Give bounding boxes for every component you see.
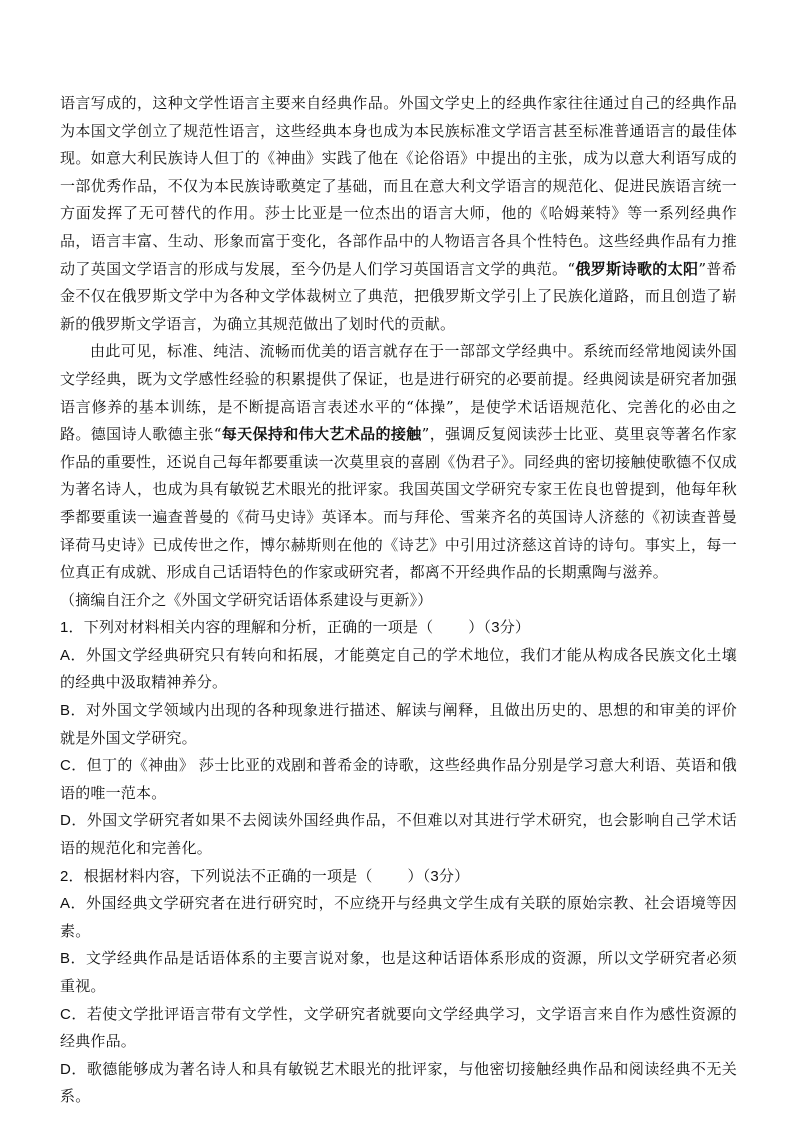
- question-1: 1．下列对材料相关内容的理解和分析，正确的一项是（ ）（3分） A．外国文学经典…: [60, 614, 737, 862]
- passage-attribution: （摘编自汪介之《外国文学研究话语体系建设与更新》）: [60, 587, 737, 615]
- bold-phrase: 俄罗斯诗歌的太阳: [575, 260, 698, 278]
- question-1-stem: 1．下列对材料相关内容的理解和分析，正确的一项是（ ）（3分）: [60, 614, 737, 642]
- bold-phrase: 每天保持和伟大艺术品的接触: [222, 425, 422, 443]
- passage-paragraph-1: 语言写成的，这种文学性语言主要来自经典作品。外国文学史上的经典作家往往通过自己的…: [60, 90, 737, 338]
- option-label: C．: [60, 757, 87, 774]
- question-2-option-b: B．文学经典作品是话语体系的主要言说对象，也是这种话语体系形成的资源，所以文学研…: [60, 945, 737, 1000]
- question-1-option-c: C．但丁的《神曲》 莎士比亚的戏剧和普希金的诗歌，这些经典作品分别是学习意大利语…: [60, 752, 737, 807]
- question-2-stem: 2．根据材料内容，下列说法不正确的一项是（ ）（3分）: [60, 863, 737, 891]
- question-1-option-d: D．外国文学研究者如果不去阅读外国经典作品，不但难以对其进行学术研究，也会影响自…: [60, 807, 737, 862]
- option-text: 若使文学批评语言带有文学性，文学研究者就要向文学经典学习，文学语言来自作为感性资…: [60, 1006, 737, 1051]
- option-text: 文学经典作品是话语体系的主要言说对象，也是这种话语体系形成的资源，所以文学研究者…: [60, 950, 737, 995]
- option-label: A．: [60, 895, 86, 912]
- option-label: D．: [60, 812, 87, 829]
- passage-text: 语言写成的，这种文学性语言主要来自经典作品。外国文学史上的经典作家往往通过自己的…: [60, 94, 737, 278]
- question-2-option-c: C．若使文学批评语言带有文学性，文学研究者就要向文学经典学习，文学语言来自作为感…: [60, 1001, 737, 1056]
- question-number: 1．: [60, 619, 84, 636]
- question-1-option-b: B．对外国文学领域内出现的各种现象进行描述、解读与阐释，且做出历史的、思想的和审…: [60, 697, 737, 752]
- option-label: A．: [60, 647, 86, 664]
- question-stem-text: 下列对材料相关内容的理解和分析，正确的一项是（ ）（3分）: [84, 619, 530, 636]
- option-text: 歌德能够成为著名诗人和具有敏锐艺术眼光的批评家，与他密切接触经典作品和阅读经典不…: [60, 1061, 737, 1106]
- option-label: B．: [60, 950, 86, 967]
- passage-paragraph-2: 由此可见，标准、纯洁、流畅而优美的语言就存在于一部部文学经典中。系统而经常地阅读…: [60, 338, 737, 586]
- passage: 语言写成的，这种文学性语言主要来自经典作品。外国文学史上的经典作家往往通过自己的…: [60, 90, 737, 614]
- question-stem-text: 根据材料内容，下列说法不正确的一项是（ ）（3分）: [84, 868, 470, 885]
- questions-section: 1．下列对材料相关内容的理解和分析，正确的一项是（ ）（3分） A．外国文学经典…: [60, 614, 737, 1111]
- question-1-option-a: A．外国文学经典研究只有转向和拓展，才能奠定自己的学术地位，我们才能从构成各民族…: [60, 642, 737, 697]
- option-text: 外国经典文学研究者在进行研究时，不应绕开与经典文学生成有关联的原始宗教、社会语境…: [60, 895, 737, 940]
- option-text: 但丁的《神曲》 莎士比亚的戏剧和普希金的诗歌，这些经典作品分别是学习意大利语、英…: [60, 757, 737, 802]
- question-2-option-a: A．外国经典文学研究者在进行研究时，不应绕开与经典文学生成有关联的原始宗教、社会…: [60, 890, 737, 945]
- option-text: 外国文学研究者如果不去阅读外国经典作品，不但难以对其进行学术研究，也会影响自己学…: [60, 812, 737, 857]
- passage-text: ”，强调反复阅读莎士比亚、莫里哀等著名作家作品的重要性，还说自己每年都要重读一次…: [60, 425, 737, 581]
- option-text: 对外国文学领域内出现的各种现象进行描述、解读与阐释，且做出历史的、思想的和审美的…: [60, 702, 737, 747]
- exam-page: 语言写成的，这种文学性语言主要来自经典作品。外国文学史上的经典作家往往通过自己的…: [0, 0, 794, 1123]
- question-2-option-d: D．歌德能够成为著名诗人和具有敏锐艺术眼光的批评家，与他密切接触经典作品和阅读经…: [60, 1056, 737, 1111]
- option-text: 外国文学经典研究只有转向和拓展，才能奠定自己的学术地位，我们才能从构成各民族文化…: [60, 647, 737, 692]
- option-label: D．: [60, 1061, 87, 1078]
- option-label: C．: [60, 1006, 87, 1023]
- question-2: 2．根据材料内容，下列说法不正确的一项是（ ）（3分） A．外国经典文学研究者在…: [60, 863, 737, 1111]
- question-number: 2．: [60, 868, 84, 885]
- option-label: B．: [60, 702, 86, 719]
